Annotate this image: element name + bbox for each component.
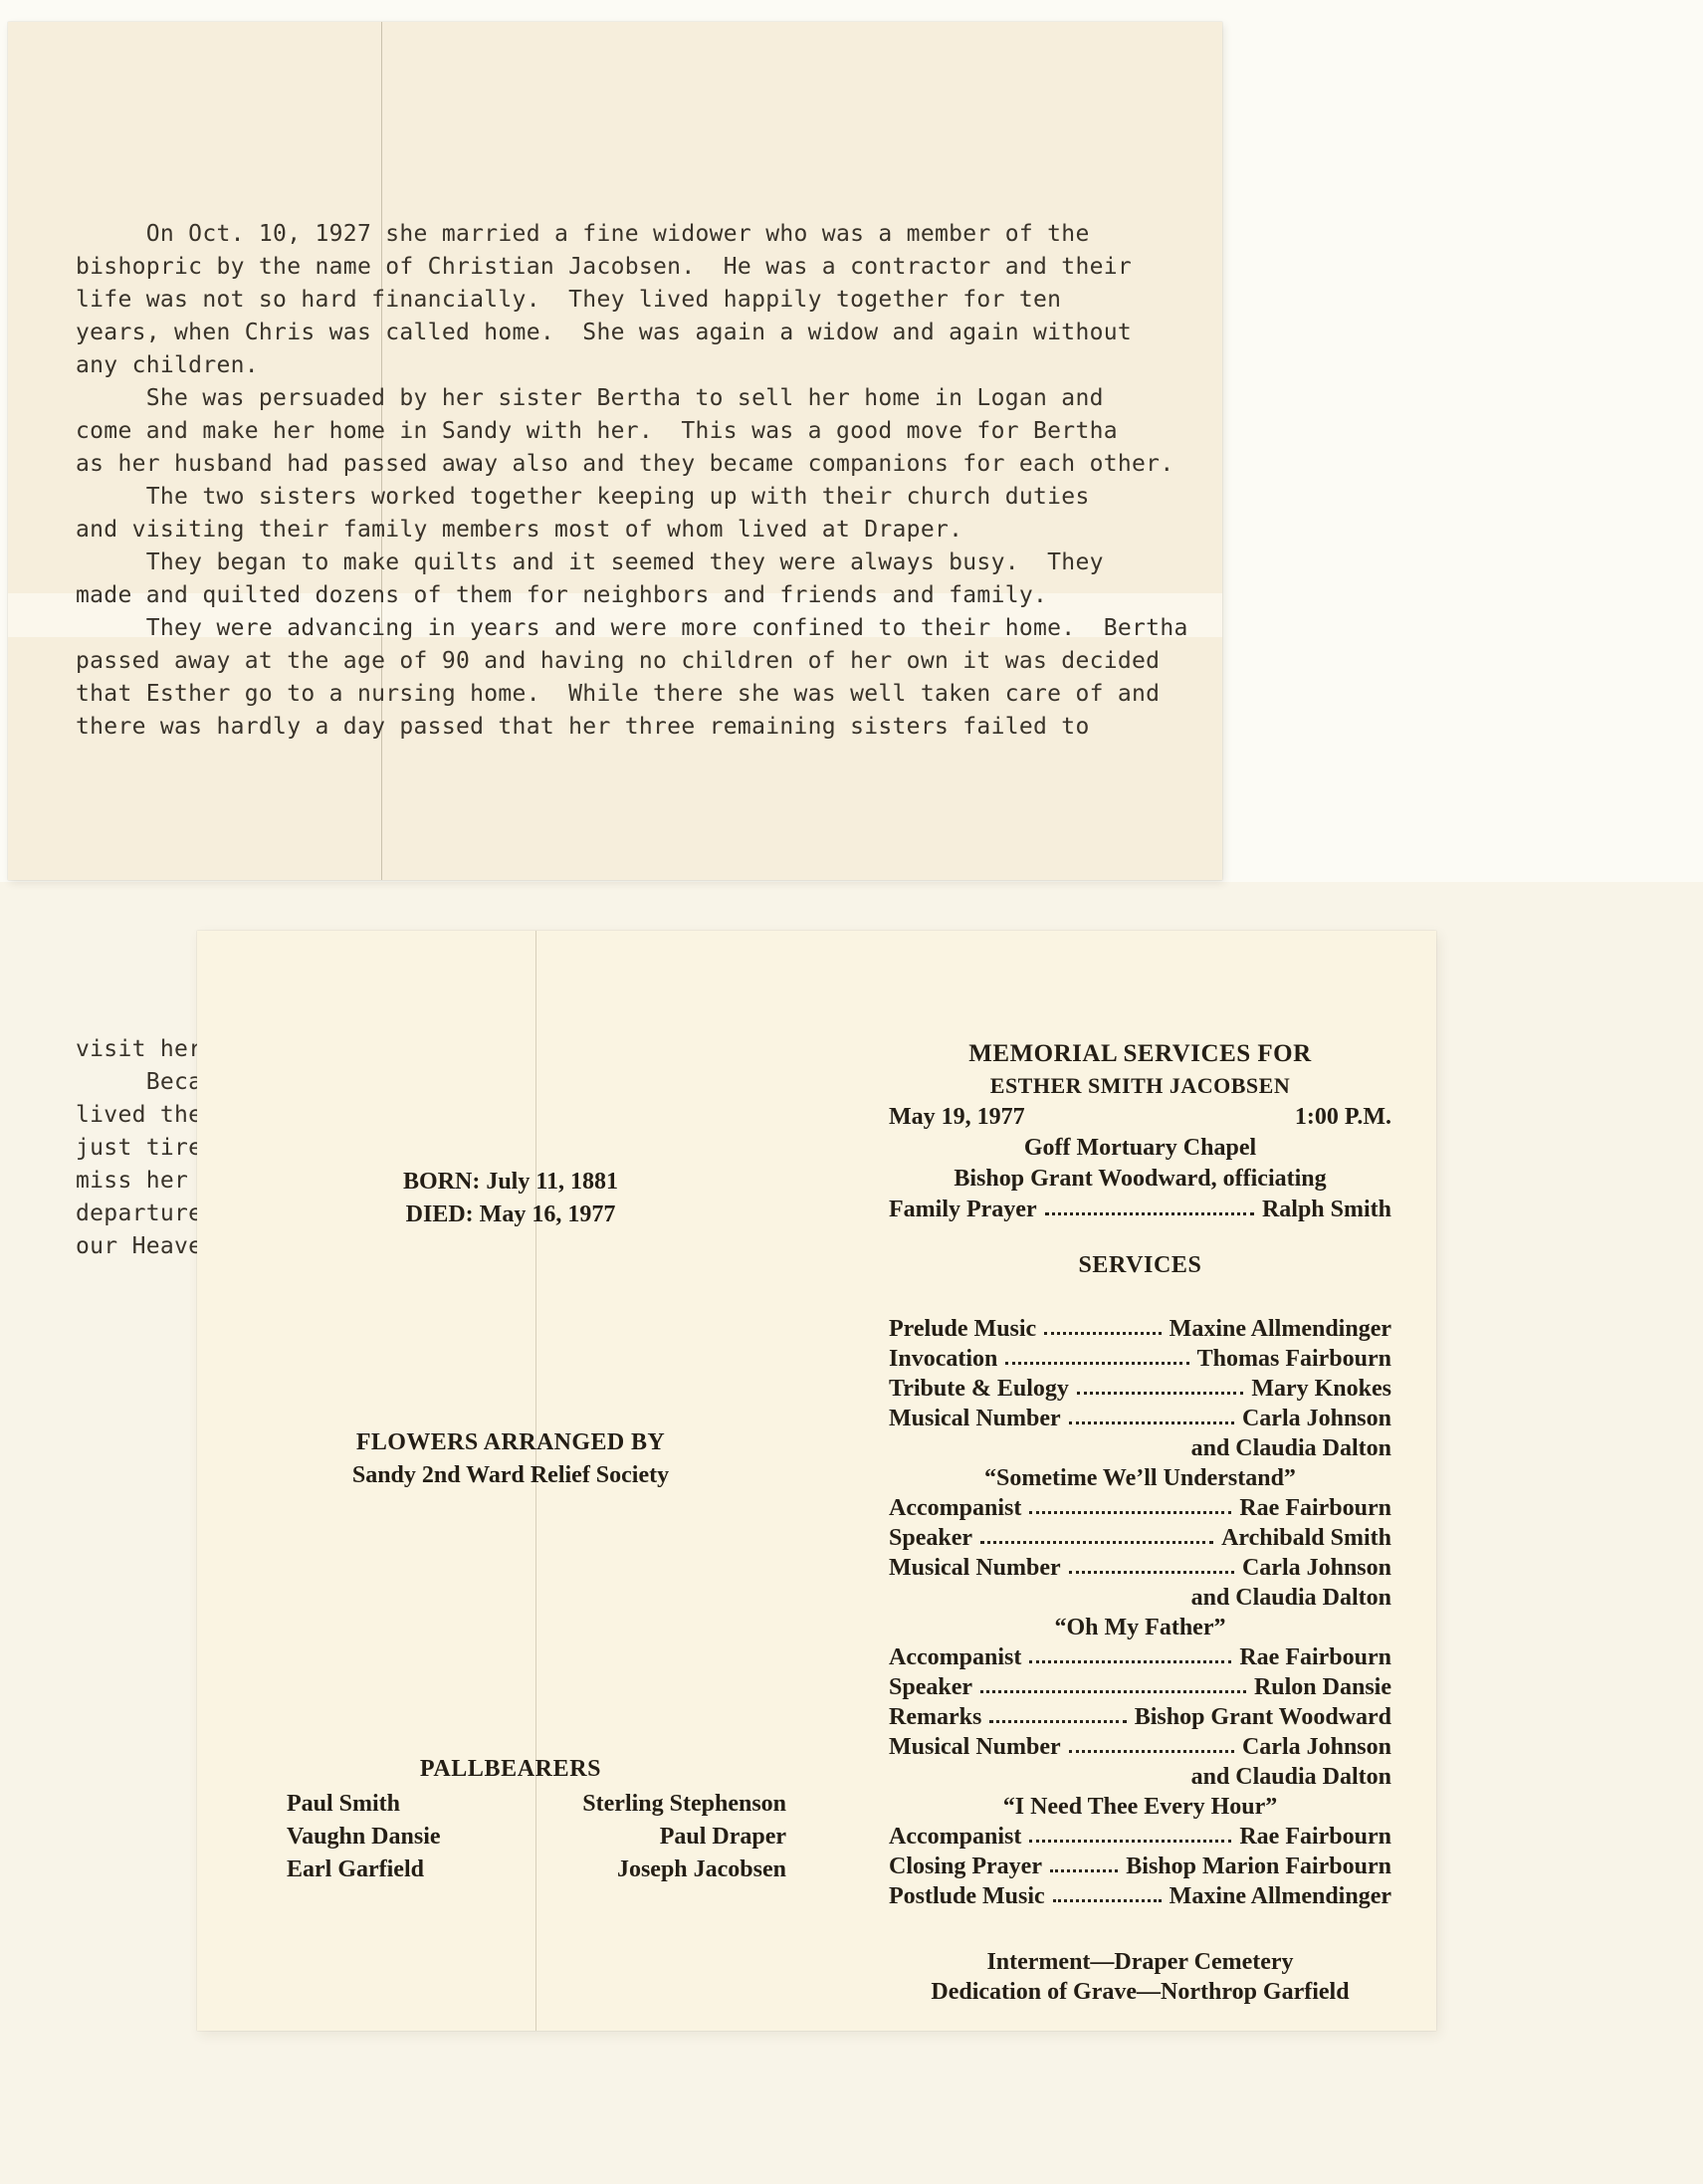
dotted-leader <box>1050 1869 1118 1872</box>
service-row: Accompanist Rae Fairbourn <box>889 1822 1391 1852</box>
service-label: Musical Number <box>889 1404 1061 1433</box>
typed-line: come and make her home in Sandy with her… <box>76 415 1188 448</box>
service-item: Musical Number Carla Johnson and Claudia… <box>889 1553 1391 1642</box>
pallbearer-name: Vaughn Dansie <box>287 1821 441 1854</box>
dotted-leader <box>1045 1212 1254 1215</box>
dotted-leader <box>1069 1421 1234 1424</box>
typed-line: passed away at the age of 90 and having … <box>76 645 1188 678</box>
service-label: Tribute & Eulogy <box>889 1374 1069 1404</box>
flowers-heading: FLOWERS ARRANGED BY <box>197 1426 824 1459</box>
service-label: Remarks <box>889 1702 981 1732</box>
program-left-panel: BORN: July 11, 1881 DIED: May 16, 1977 F… <box>197 931 824 2031</box>
typed-line: On Oct. 10, 1927 she married a fine wido… <box>76 218 1188 251</box>
service-item: Accompanist Rae Fairbourn <box>889 1822 1391 1852</box>
flowers-by: Sandy 2nd Ward Relief Society <box>197 1459 824 1492</box>
services-list: Prelude Music Maxine Allmendinger Invoca… <box>889 1314 1391 1911</box>
typed-line: and visiting their family members most o… <box>76 514 1188 546</box>
flowers-block: FLOWERS ARRANGED BY Sandy 2nd Ward Relie… <box>197 1426 824 1492</box>
dotted-leader <box>1029 1840 1231 1843</box>
service-label: Invocation <box>889 1344 997 1374</box>
block-gap <box>76 809 1188 869</box>
service-person: Carla Johnson <box>1242 1404 1391 1433</box>
service-person-continued: and Claudia Dalton <box>889 1583 1391 1613</box>
dotted-leader <box>1069 1750 1234 1753</box>
service-label: Speaker <box>889 1672 972 1702</box>
pallbearers-column-right: Sterling StephensonPaul DraperJoseph Jac… <box>582 1788 786 1886</box>
born-line: BORN: July 11, 1881 <box>197 1166 824 1199</box>
service-row: Tribute & Eulogy Mary Knokes <box>889 1374 1391 1404</box>
service-row: Speaker Rulon Dansie <box>889 1672 1391 1702</box>
service-row: Musical Number Carla Johnson <box>889 1553 1391 1583</box>
typed-line: made and quilted dozens of them for neig… <box>76 579 1188 612</box>
service-row: Accompanist Rae Fairbourn <box>889 1642 1391 1672</box>
typed-line: They were advancing in years and were mo… <box>76 612 1188 645</box>
typed-line: as her husband had passed away also and … <box>76 448 1188 481</box>
service-time: 1:00 P.M. <box>1295 1102 1391 1133</box>
service-row: Accompanist Rae Fairbourn <box>889 1493 1391 1523</box>
pallbearers-columns: Paul SmithVaughn DansieEarl Garfield Ste… <box>197 1786 824 1886</box>
service-item: Speaker Rulon Dansie <box>889 1672 1391 1702</box>
officiant: Bishop Grant Woodward, officiating <box>889 1164 1391 1195</box>
pallbearers-block: PALLBEARERS Paul SmithVaughn DansieEarl … <box>197 1753 824 1886</box>
program-right-panel: MEMORIAL SERVICES FOR ESTHER SMITH JACOB… <box>824 931 1436 2007</box>
dotted-leader <box>1077 1392 1243 1395</box>
service-person: Maxine Allmendinger <box>1170 1314 1391 1344</box>
program-title: MEMORIAL SERVICES FOR <box>889 1038 1391 1070</box>
service-row: Prelude Music Maxine Allmendinger <box>889 1314 1391 1344</box>
typed-obituary-sheet: On Oct. 10, 1927 she married a fine wido… <box>8 22 1222 880</box>
service-person: Rae Fairbourn <box>1239 1642 1391 1672</box>
service-person: Rulon Dansie <box>1254 1672 1391 1702</box>
service-row: Closing Prayer Bishop Marion Fairbourn <box>889 1852 1391 1881</box>
service-person: Mary Knokes <box>1251 1374 1391 1404</box>
dotted-leader <box>989 1720 1126 1723</box>
dedication-line: Dedication of Grave—Northrop Garfield <box>889 1977 1391 2007</box>
service-song-title: “I Need Thee Every Hour” <box>889 1792 1391 1822</box>
service-item: Prelude Music Maxine Allmendinger <box>889 1314 1391 1344</box>
service-label: Speaker <box>889 1523 972 1553</box>
service-item: Invocation Thomas Fairbourn <box>889 1344 1391 1374</box>
service-row: Remarks Bishop Grant Woodward <box>889 1702 1391 1732</box>
service-item: Tribute & Eulogy Mary Knokes <box>889 1374 1391 1404</box>
pallbearers-column-left: Paul SmithVaughn DansieEarl Garfield <box>287 1788 441 1886</box>
pallbearer-name: Paul Smith <box>287 1788 441 1821</box>
service-person: Carla Johnson <box>1242 1732 1391 1762</box>
service-row: Postlude Music Maxine Allmendinger <box>889 1881 1391 1911</box>
service-song-title: “Oh My Father” <box>889 1613 1391 1642</box>
service-row: Musical Number Carla Johnson <box>889 1732 1391 1762</box>
service-item: Musical Number Carla Johnson and Claudia… <box>889 1732 1391 1822</box>
family-prayer-row: Family Prayer Ralph Smith <box>889 1195 1391 1224</box>
born-died-block: BORN: July 11, 1881 DIED: May 16, 1977 <box>197 1166 824 1231</box>
service-item: Speaker Archibald Smith <box>889 1523 1391 1553</box>
service-person: Thomas Fairbourn <box>1197 1344 1391 1374</box>
typed-line: any children. <box>76 349 1188 382</box>
service-label: Musical Number <box>889 1553 1061 1583</box>
service-label: Accompanist <box>889 1642 1021 1672</box>
service-row: Invocation Thomas Fairbourn <box>889 1344 1391 1374</box>
service-person: Rae Fairbourn <box>1239 1493 1391 1523</box>
venue: Goff Mortuary Chapel <box>889 1133 1391 1164</box>
typed-line: there was hardly a day passed that her t… <box>76 711 1188 744</box>
interment-line: Interment—Draper Cemetery <box>889 1947 1391 1977</box>
typed-line: that Esther go to a nursing home. While … <box>76 678 1188 711</box>
dotted-leader <box>980 1690 1246 1693</box>
typed-line: She was persuaded by her sister Bertha t… <box>76 382 1188 415</box>
service-item: Accompanist Rae Fairbourn <box>889 1493 1391 1523</box>
obituary-block-1: On Oct. 10, 1927 she married a fine wido… <box>76 119 1188 744</box>
pallbearer-name: Earl Garfield <box>287 1854 441 1886</box>
service-person: Rae Fairbourn <box>1239 1822 1391 1852</box>
typed-line: life was not so hard financially. They l… <box>76 284 1188 317</box>
dotted-leader <box>1053 1899 1162 1902</box>
dotted-leader <box>1044 1332 1161 1335</box>
typed-line: The two sisters worked together keeping … <box>76 481 1188 514</box>
typed-line: They began to make quilts and it seemed … <box>76 546 1188 579</box>
typed-line: years, when Chris was called home. She w… <box>76 317 1188 349</box>
date-time-row: May 19, 1977 1:00 P.M. <box>889 1102 1391 1133</box>
service-person-continued: and Claudia Dalton <box>889 1762 1391 1792</box>
program-footer: Interment—Draper Cemetery Dedication of … <box>889 1947 1391 2007</box>
typed-line: bishopric by the name of Christian Jacob… <box>76 251 1188 284</box>
dotted-leader <box>1005 1362 1188 1365</box>
pallbearers-heading: PALLBEARERS <box>197 1753 824 1786</box>
dotted-leader <box>1029 1511 1231 1514</box>
service-person: Bishop Marion Fairbourn <box>1126 1852 1391 1881</box>
dotted-leader <box>1069 1571 1234 1574</box>
service-label: Accompanist <box>889 1822 1021 1852</box>
service-date: May 19, 1977 <box>889 1102 1025 1133</box>
deceased-name: ESTHER SMITH JACOBSEN <box>889 1070 1391 1102</box>
service-item: Remarks Bishop Grant Woodward <box>889 1702 1391 1732</box>
service-row: Speaker Archibald Smith <box>889 1523 1391 1553</box>
service-person-continued: and Claudia Dalton <box>889 1433 1391 1463</box>
service-row: Musical Number Carla Johnson <box>889 1404 1391 1433</box>
service-song-title: “Sometime We’ll Understand” <box>889 1463 1391 1493</box>
pallbearer-name: Joseph Jacobsen <box>582 1854 786 1886</box>
services-heading: SERVICES <box>889 1250 1391 1281</box>
service-label: Prelude Music <box>889 1314 1036 1344</box>
memorial-program-card: BORN: July 11, 1881 DIED: May 16, 1977 F… <box>197 931 1436 2031</box>
service-label: Postlude Music <box>889 1881 1045 1911</box>
service-item: Closing Prayer Bishop Marion Fairbourn <box>889 1852 1391 1881</box>
service-person: Carla Johnson <box>1242 1553 1391 1583</box>
dotted-leader <box>1029 1660 1231 1663</box>
service-label: Accompanist <box>889 1493 1021 1523</box>
pallbearer-name: Sterling Stephenson <box>582 1788 786 1821</box>
service-person: Bishop Grant Woodward <box>1135 1702 1391 1732</box>
dotted-leader <box>980 1541 1213 1544</box>
pallbearer-name: Paul Draper <box>582 1821 786 1854</box>
service-label: Musical Number <box>889 1732 1061 1762</box>
service-item: Postlude Music Maxine Allmendinger <box>889 1881 1391 1911</box>
family-prayer-label: Family Prayer <box>889 1195 1037 1224</box>
service-item: Accompanist Rae Fairbourn <box>889 1642 1391 1672</box>
died-line: DIED: May 16, 1977 <box>197 1199 824 1231</box>
service-person: Maxine Allmendinger <box>1170 1881 1391 1911</box>
service-label: Closing Prayer <box>889 1852 1042 1881</box>
family-prayer-name: Ralph Smith <box>1262 1195 1391 1224</box>
service-item: Musical Number Carla Johnson and Claudia… <box>889 1404 1391 1493</box>
service-person: Archibald Smith <box>1221 1523 1391 1553</box>
